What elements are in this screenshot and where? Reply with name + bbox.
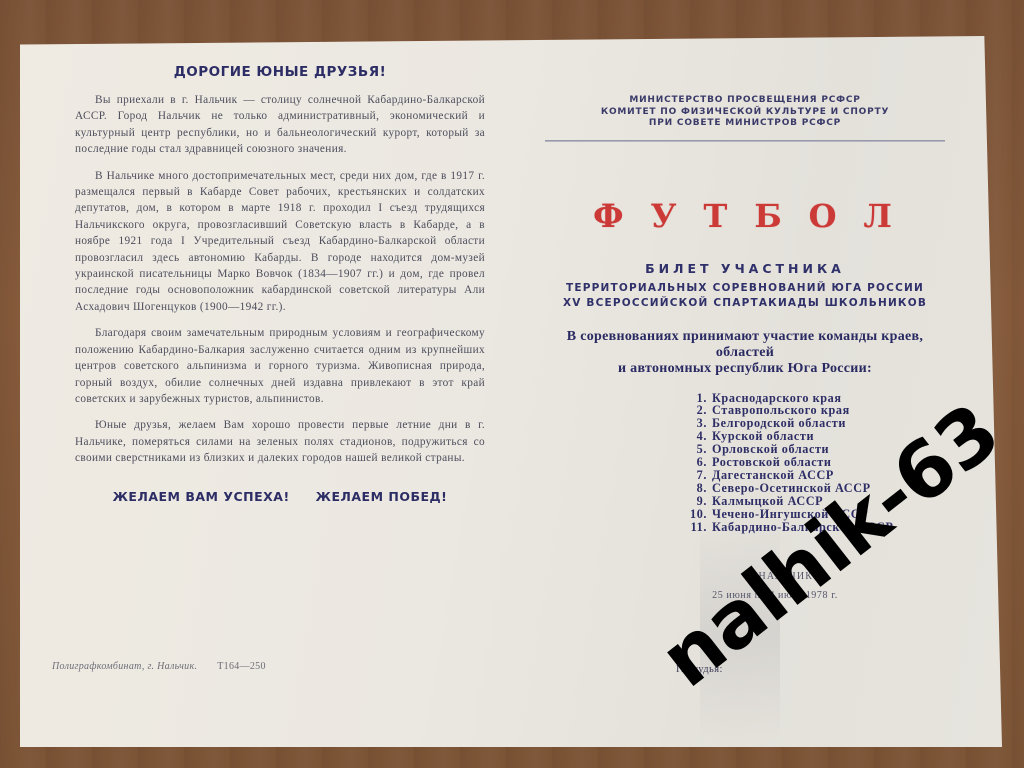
team-name: Орловской области <box>712 442 829 456</box>
wish-victory: ЖЕЛАЕМ ПОБЕД! <box>316 489 448 504</box>
ticket-title: БИЛЕТ УЧАСТНИКА <box>545 261 945 276</box>
printer-imprint: Полиграфкомбинат, г. Нальчик.Т164—250 <box>52 661 266 672</box>
team-number: 10. <box>690 508 707 521</box>
paragraph-landmarks: В Нальчике много достопримечательных мес… <box>75 168 485 316</box>
team-name: Дагестанской АССР <box>712 468 834 482</box>
team-name: Краснодарского края <box>712 391 842 405</box>
competition-line: ТЕРРИТОРИАЛЬНЫХ СОРЕВНОВАНИЙ ЮГА РОССИИ <box>545 281 945 296</box>
ministry-line: МИНИСТЕРСТВО ПРОСВЕЩЕНИЯ РСФСР <box>545 95 945 107</box>
header-divider <box>545 140 945 142</box>
left-page: ДОРОГИЕ ЮНЫЕ ДРУЗЬЯ! Вы приехали в г. На… <box>75 64 485 504</box>
wish-success: ЖЕЛАЕМ ВАМ УСПЕХА! <box>113 489 290 504</box>
greeting-title: ДОРОГИЕ ЮНЫЕ ДРУЗЬЯ! <box>75 64 485 80</box>
team-name: Белгородской области <box>712 416 846 430</box>
committee-line: КОМИТЕТ ПО ФИЗИЧЕСКОЙ КУЛЬТУРЕ И СПОРТУ <box>545 107 945 119</box>
team-number: 9. <box>690 495 707 508</box>
sport-title: ФУТБОЛ <box>545 197 945 235</box>
paragraph-wishes: Юные друзья, желаем Вам хорошо провести … <box>75 417 485 466</box>
team-name: Ставропольского края <box>712 403 850 417</box>
team-name: Ростовской области <box>712 455 831 469</box>
wishes-line: ЖЕЛАЕМ ВАМ УСПЕХА! ЖЕЛАЕМ ПОБЕД! <box>75 489 485 504</box>
team-number: 8. <box>690 482 707 495</box>
team-number: 7. <box>690 469 707 482</box>
spartakiad-line: XV ВСЕРОССИЙСКОЙ СПАРТАКИАДЫ ШКОЛЬНИКОВ <box>545 296 945 311</box>
paragraph-intro: Вы приехали в г. Нальчик — столицу солне… <box>75 92 485 158</box>
team-name: Курской области <box>712 429 814 443</box>
team-name: Калмыцкой АССР <box>712 494 823 508</box>
ministry-header: МИНИСТЕРСТВО ПРОСВЕЩЕНИЯ РСФСР КОМИТЕТ П… <box>545 95 945 130</box>
imprint-printer: Полиграфкомбинат, г. Нальчик. <box>52 661 197 672</box>
council-line: ПРИ СОВЕТЕ МИНИСТРОВ РСФСР <box>545 118 945 130</box>
participants-line: и автономных республик Юга России: <box>545 361 945 377</box>
team-number: 11. <box>690 521 707 534</box>
imprint-order: Т164—250 <box>217 661 266 672</box>
paragraph-nature: Благодаря своим замечательным природным … <box>75 325 485 407</box>
participants-line: В соревнованиях принимают участие команд… <box>545 329 945 361</box>
team-number: 6. <box>690 456 707 469</box>
participants-intro: В соревнованиях принимают участие команд… <box>545 329 945 377</box>
